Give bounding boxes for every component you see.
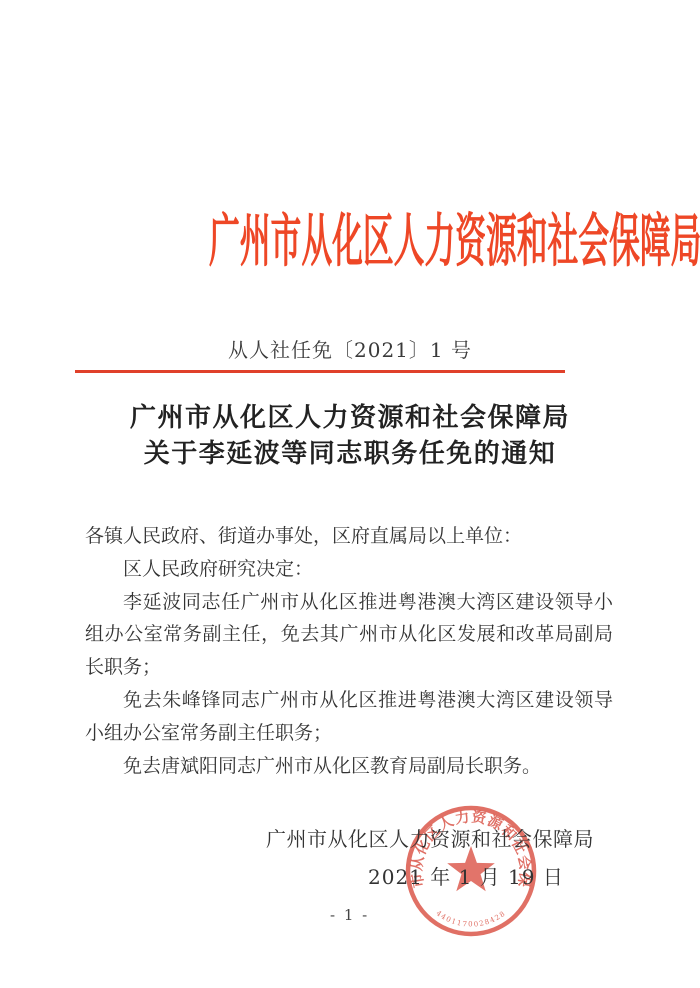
body-paragraph-removal-2: 免去唐斌阳同志广州市从化区教育局副局长职务。 — [85, 750, 613, 783]
issue-date: 2021 年 1 月 19 日 — [368, 861, 564, 890]
notice-body: 各镇人民政府、街道办事处，区府直属局以上单位： 区人民政府研究决定： 李延波同志… — [85, 520, 613, 782]
seal-code-text: 4401170028428 — [435, 909, 508, 928]
document-number: 从人社任免〔2021〕1 号 — [0, 334, 700, 363]
page-number: - 1 - — [330, 906, 369, 924]
document-header: 广州市从化区人力资源和社会保障局文件 — [0, 198, 700, 270]
body-paragraph-removal-1: 免去朱峰锋同志广州市从化区推进粤港澳大湾区建设领导小组办公室常务副主任职务； — [85, 684, 613, 750]
document-page: 广州市从化区人力资源和社会保障局文件 从人社任免〔2021〕1 号 广州市从化区… — [0, 0, 700, 988]
notice-title-line1: 广州市从化区人力资源和社会保障局 — [0, 400, 700, 436]
salutation: 各镇人民政府、街道办事处，区府直属局以上单位： — [85, 520, 613, 553]
red-divider-line — [75, 370, 565, 373]
body-paragraph-appointment: 李延波同志任广州市从化区推进粤港澳大湾区建设领导小组办公室常务副主任，免去其广州… — [85, 586, 613, 684]
document-header-title: 广州市从化区人力资源和社会保障局文件 — [209, 196, 700, 278]
notice-title-line2: 关于李延波等同志职务任免的通知 — [0, 436, 700, 472]
issuer-signature: 广州市从化区人力资源和社会保障局 — [266, 823, 594, 852]
notice-title: 广州市从化区人力资源和社会保障局 关于李延波等同志职务任免的通知 — [0, 400, 700, 472]
body-paragraph-decision: 区人民政府研究决定： — [85, 553, 613, 586]
